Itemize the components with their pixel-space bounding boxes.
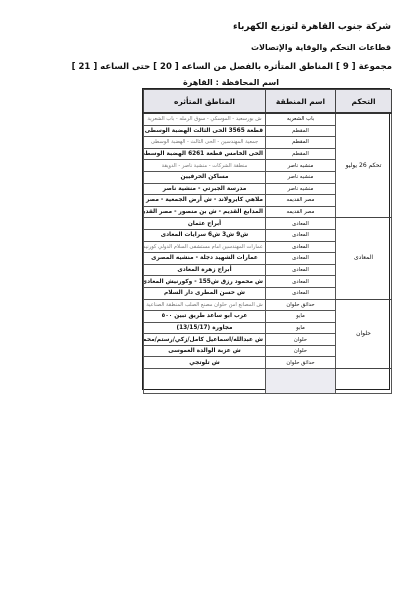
affected-zone-cell: الحى الخامس قطعة 6261 الهضبة الوسطى <box>144 148 266 160</box>
area-name-cell: المعادى <box>266 253 336 265</box>
area-name-cell: حدائق حلوان <box>266 299 336 311</box>
area-name-cell: منشيه ناصر <box>266 160 336 172</box>
area-name-cell: المعادى <box>266 218 336 230</box>
governorate-label: اسم المحافظة : القاهرة <box>183 78 279 87</box>
table-row: المعادىالمعادىأبراج عثمان <box>144 218 392 230</box>
area-name-cell: المقطم <box>266 137 336 149</box>
column-header-affected: المناطق المتأثره <box>144 90 266 114</box>
area-name-cell: منشيه ناصر <box>266 183 336 195</box>
control-center-cell: المعادى <box>336 218 392 299</box>
company-name: شركة جنوب القاهرة لتوزيع الكهرباء <box>233 22 391 32</box>
affected-zone-cell: ش تلوتجي <box>144 357 266 369</box>
column-header-control: التحكم <box>336 90 392 114</box>
affected-areas-table: التحكم اسم المنطقة المناطق المتأثره تحكم… <box>142 88 390 390</box>
affected-zone-cell: أبراج عثمان <box>144 218 266 230</box>
column-header-area: اسم المنطقة <box>266 90 336 114</box>
table-row: حلوانحدائق حلوانش المصانع امن حلوان مصنع… <box>144 299 392 311</box>
area-name-cell: المعادى <box>266 276 336 288</box>
sector-name: قطاعات التحكم والوقاية والإتصالات <box>251 43 391 52</box>
affected-zone-cell: منطقة الشركات - منشية ناصر - الدويقة <box>144 160 266 172</box>
area-name-cell: باب الشعريه <box>266 113 336 125</box>
affected-zone-cell: عمارات المهندسين امام مستشفى السلام الدو… <box>144 241 266 253</box>
area-name-cell: المعادى <box>266 264 336 276</box>
affected-zone-cell: عمارات الشهيد دجلة - منشيه المصرى <box>144 253 266 265</box>
control-center-cell: حلوان <box>336 299 392 369</box>
affected-zone-cell: مجاورة (13/15/17) <box>144 322 266 334</box>
area-name-cell: منشيه ناصر <box>266 171 336 183</box>
empty-table-row <box>144 369 392 394</box>
affected-zone-cell: مساكن الحرفيين <box>144 171 266 183</box>
affected-zone-cell: ش المصانع امن حلوان مصنع الصلب المنطقة ا… <box>144 299 266 311</box>
area-name-cell: المقطم <box>266 148 336 160</box>
group-title: مجموعة [ 9 ] المناطق المتأثره بالفصل من … <box>72 62 392 72</box>
area-name-cell: المعادى <box>266 287 336 299</box>
area-name-cell: حلوان <box>266 334 336 346</box>
area-name-cell: المعادى <box>266 241 336 253</box>
affected-zone-cell: ش محمود رزق ش155 - وكورنيش المعادى <box>144 276 266 288</box>
affected-zone-cell: أبراج زهرة المعادى <box>144 264 266 276</box>
empty-cell <box>336 369 392 394</box>
area-name-cell: حدائق حلوان <box>266 357 336 369</box>
affected-zone-cell: عرب ابو ساعد طريق تبين ٥٠٠ <box>144 311 266 323</box>
affected-zone-cell: ش بورسعيد - الموسكي - سوق الرمله - باب ا… <box>144 113 266 125</box>
affected-zone-cell: قطعة 3565 الحى الثالث الهضبة الوسطى <box>144 125 266 137</box>
affected-zone-cell: مدرسة الجبرتي - منشية ناصر <box>144 183 266 195</box>
empty-cell <box>266 369 336 394</box>
affected-zone-cell: ش حسن المطرى دار السلام <box>144 287 266 299</box>
empty-cell <box>144 369 266 394</box>
control-center-cell: تحكم 26 يوليو <box>336 113 392 218</box>
area-name-cell: المعادى <box>266 229 336 241</box>
affected-zone-cell: ملاهي كايرولاند - ش أرض الجمعية - مصر ال… <box>144 195 266 207</box>
area-name-cell: مصر القديمه <box>266 206 336 218</box>
area-name-cell: مايو <box>266 311 336 323</box>
affected-zone-cell: ش9 ش3 ش6 سرايات المعادى <box>144 229 266 241</box>
area-name-cell: مصر القديمه <box>266 195 336 207</box>
affected-zone-cell: المدابغ القديم - ش بن منصور - مصر القديم… <box>144 206 266 218</box>
affected-zone-cell: جمعية المهندسين - الحى الثالث - الهضبة ا… <box>144 137 266 149</box>
area-name-cell: مايو <box>266 322 336 334</box>
table-row: تحكم 26 يوليوباب الشعريهش بورسعيد - المو… <box>144 113 392 125</box>
affected-zone-cell: ش عبدالله/اسماعيل كامل/زكي/رستم/محمود ذك… <box>144 334 266 346</box>
area-name-cell: حلوان <box>266 345 336 357</box>
area-name-cell: المقطم <box>266 125 336 137</box>
table-header-row: التحكم اسم المنطقة المناطق المتأثره <box>144 90 392 114</box>
affected-zone-cell: ش عزبة الوالدة العموسى <box>144 345 266 357</box>
